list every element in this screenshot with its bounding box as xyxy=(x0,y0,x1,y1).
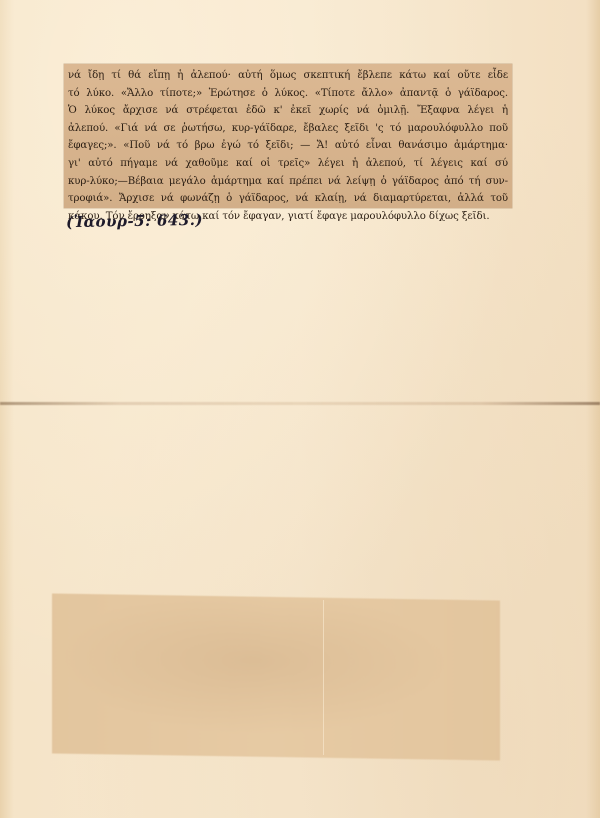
clipping-line: Ὁ λύκος ἄρχισε νά στρέφεται ἐδῶ κ' ἐκεῖ … xyxy=(68,102,508,120)
archival-page: νά ἴδῃ τί θά εἴπῃ ἡ ἀλεπού· αὐτή ὅμως σκ… xyxy=(0,0,600,818)
newspaper-clipping: νά ἴδῃ τί θά εἴπῃ ἡ ἀλεπού· αὐτή ὅμως σκ… xyxy=(64,64,512,208)
clipping-line: ἔφαγες;». «Ποῦ νά τό βρω ἐγώ τό ξεῖδι; —… xyxy=(68,137,508,155)
clipping-line: γι' αὐτό πήγαμε νά χαθοῦμε καί οἱ τρεῖς»… xyxy=(68,155,508,173)
handwritten-reference-note: (Ἰαουρ-5: 643.) xyxy=(66,211,203,231)
paper-fold-line xyxy=(0,402,600,405)
clipping-line: τροφιά». Ἄρχισε νά φωνάζῃ ὁ γάϊδαρος, νά… xyxy=(68,190,508,208)
clipping-line: κυρ-λύκο;—Βέβαια μεγάλο ἁμάρτημα καί πρέ… xyxy=(68,173,508,191)
residue-seam xyxy=(323,600,324,755)
clipping-line: τό λύκο. «Ἄλλο τίποτε;» Ἐρώτησε ὁ λύκος.… xyxy=(68,85,508,103)
clipping-line: νά ἴδῃ τί θά εἴπῃ ἡ ἀλεπού· αὐτή ὅμως σκ… xyxy=(68,67,508,85)
glue-residue-patch xyxy=(52,593,500,760)
clipping-line: ἀλεπού. «Γιά νά σε ῥωτήσω, κυρ-γάϊδαρε, … xyxy=(68,120,508,138)
